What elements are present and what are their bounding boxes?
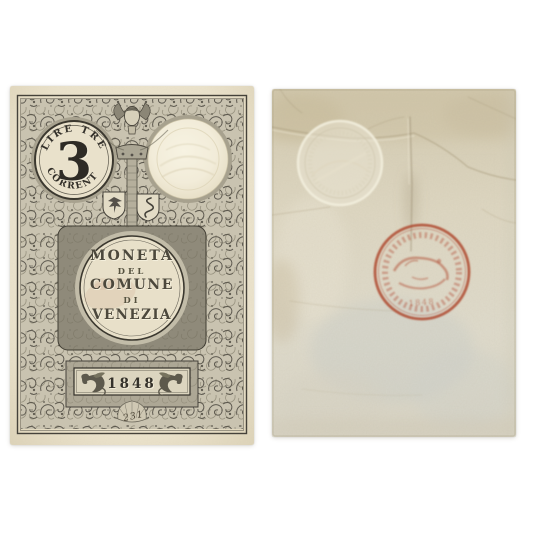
capital	[116, 145, 148, 160]
banknote-front-art: LIRE TRE CORRENTI 3 3	[10, 86, 254, 445]
emboss-seal	[144, 115, 232, 203]
year-panel: 1848 1848	[66, 361, 198, 407]
title-line-3: COMUNE	[90, 277, 174, 293]
emboss-seal-back	[298, 121, 382, 205]
title-line-2: DEL	[118, 267, 147, 277]
value-numeral: 3	[56, 132, 92, 193]
center-medallion: MONETA MONETA DEL DEL COMUNE COMUNE DI D…	[58, 226, 206, 350]
stamp-year: 1848	[408, 297, 435, 308]
banknote-back-art: 1848	[272, 89, 516, 437]
banknote-back: 1848	[272, 89, 516, 437]
title-line-1: MONETA	[90, 248, 174, 264]
photo-scene: LIRE TRE CORRENTI 3 3	[0, 0, 533, 533]
year: 1848	[107, 376, 157, 392]
banknote-front: LIRE TRE CORRENTI 3 3	[10, 86, 254, 445]
shield-serpent-icon	[137, 194, 159, 221]
title-line-5: VENEZIA	[91, 307, 172, 323]
title-line-4: DI	[123, 296, 140, 306]
